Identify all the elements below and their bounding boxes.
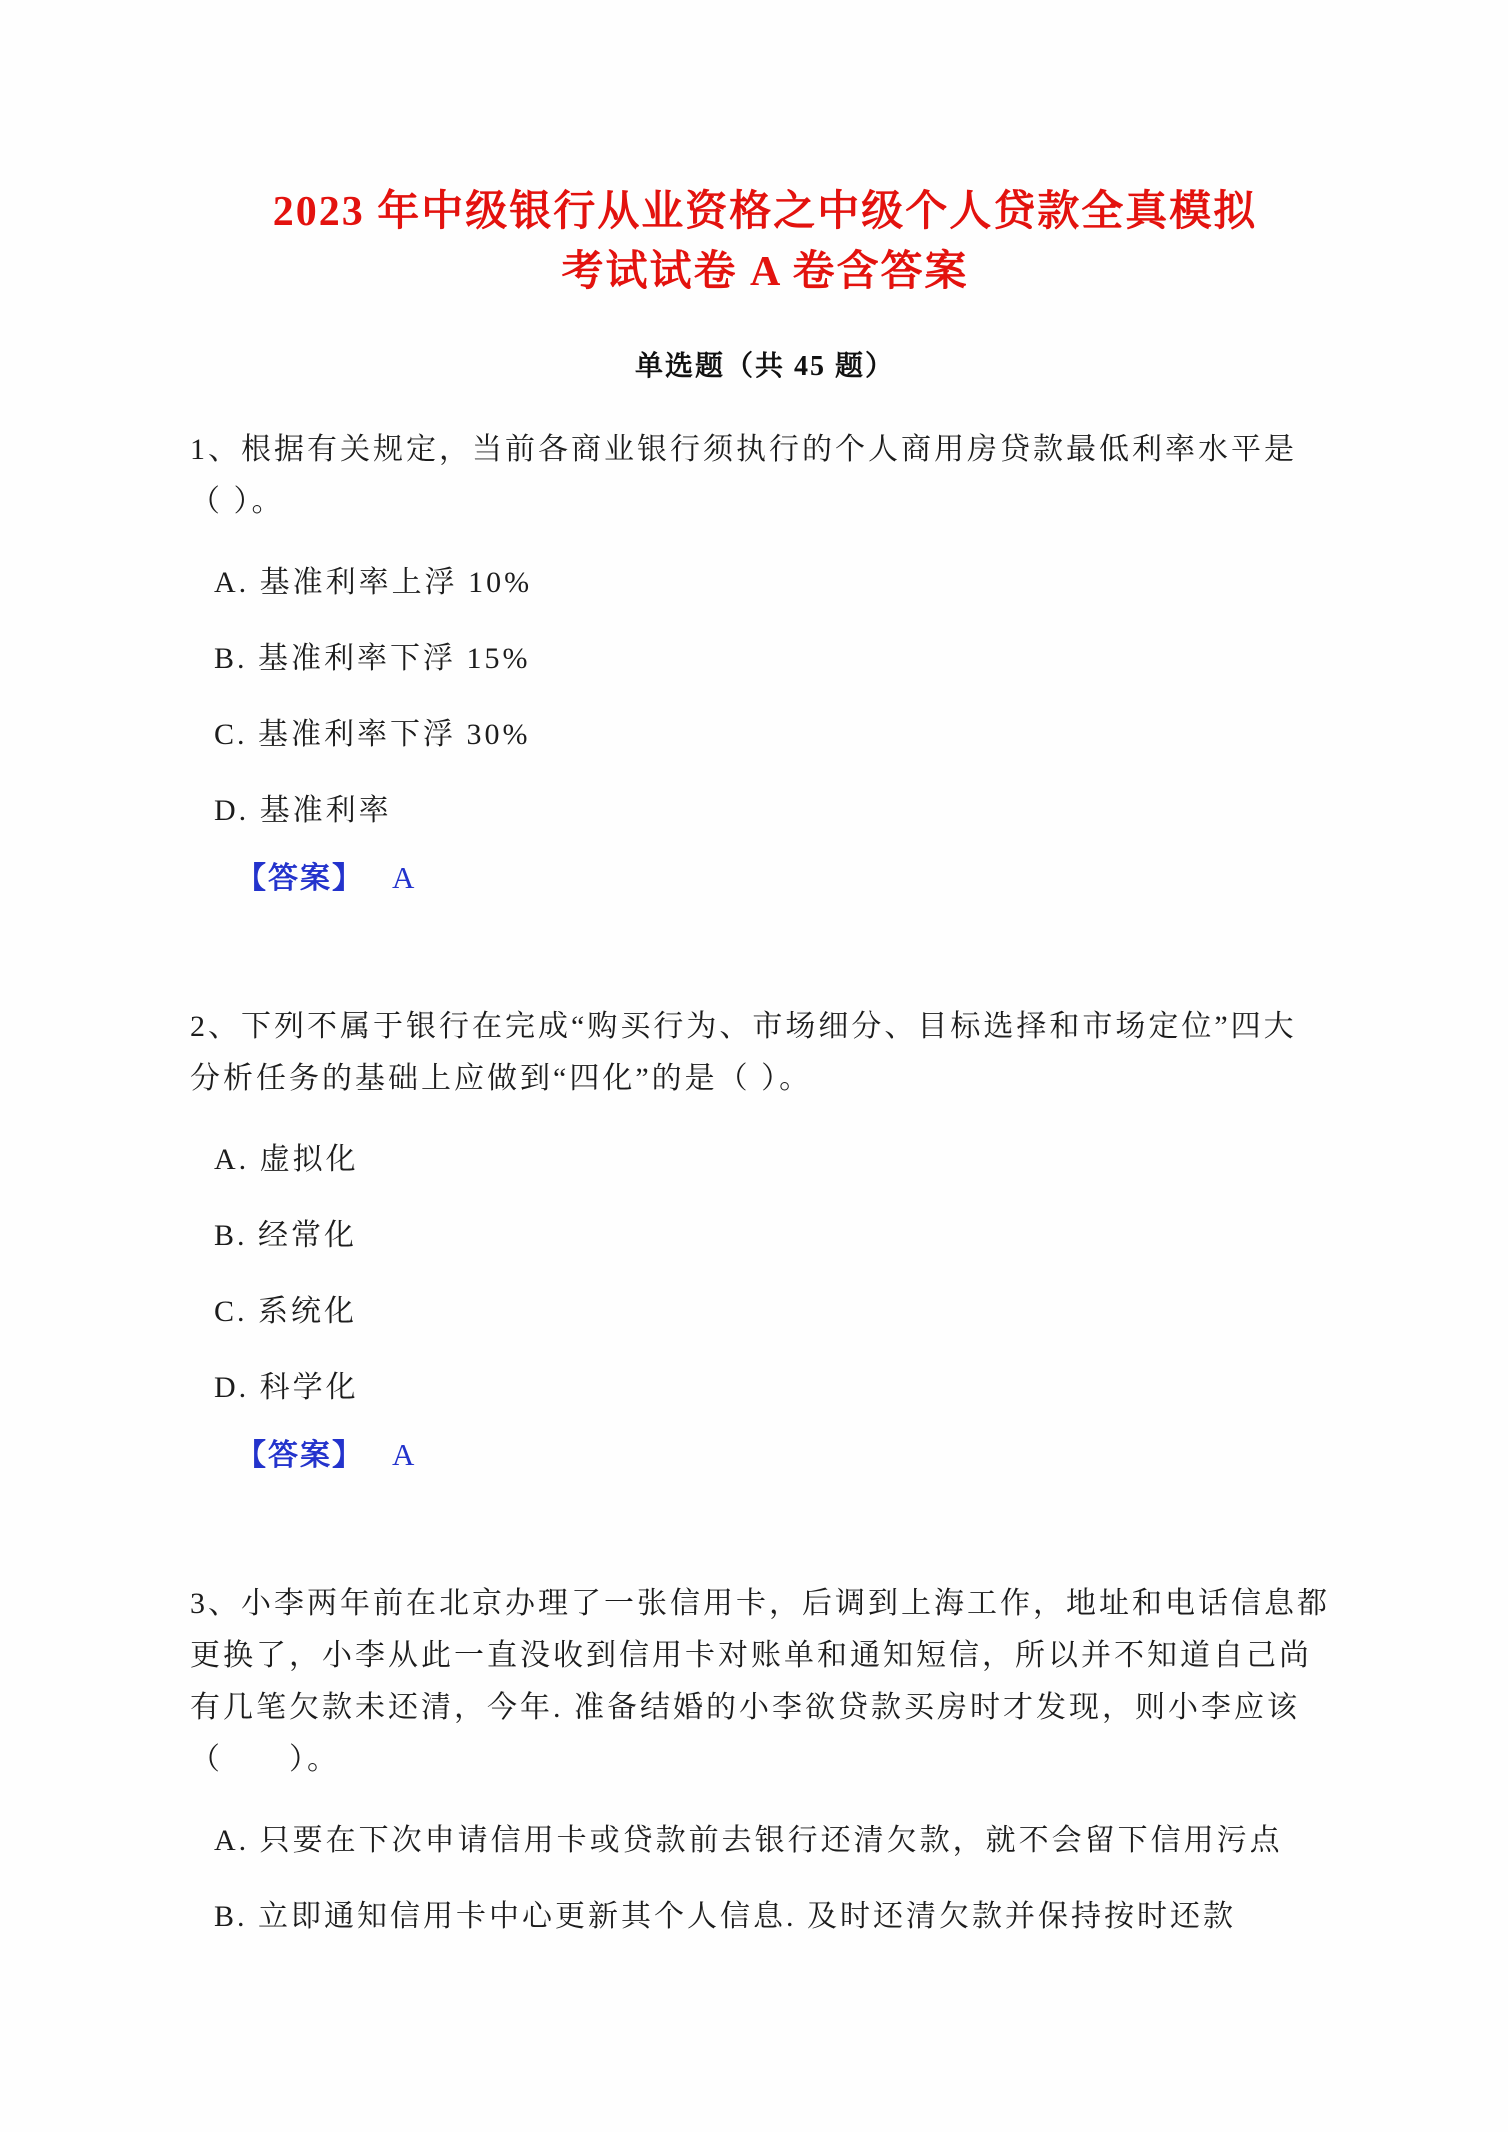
question-3-option-b: B. 立即通知信用卡中心更新其个人信息. 及时还清欠款并保持按时还款: [214, 1896, 1340, 1938]
question-2-option-c: C. 系统化: [214, 1291, 1340, 1333]
answer-value: A: [392, 860, 414, 895]
question-1-option-d: D. 基准利率: [214, 790, 1340, 832]
question-1-stem: 1、根据有关规定，当前各商业银行须执行的个人商用房贷款最低利率水平是 （ ）。: [190, 424, 1340, 528]
answer-value: A: [392, 1437, 414, 1472]
section-header: 单选题（共 45 题）: [190, 344, 1340, 384]
question-2-answer-row: 【答案】A: [236, 1433, 1340, 1478]
question-2: 2、下列不属于银行在完成“购买行为、市场细分、目标选择和市场定位”四大 分析任务…: [190, 1001, 1340, 1478]
question-1-option-c: C. 基准利率下浮 30%: [214, 714, 1340, 756]
answer-label: 【答案】: [236, 1439, 364, 1472]
question-1: 1、根据有关规定，当前各商业银行须执行的个人商用房贷款最低利率水平是 （ ）。 …: [190, 424, 1340, 901]
question-2-option-b: B. 经常化: [214, 1215, 1340, 1257]
question-2-option-d: D. 科学化: [214, 1367, 1340, 1409]
question-1-answer-row: 【答案】A: [236, 856, 1340, 901]
question-3-option-a: A. 只要在下次申请信用卡或贷款前去银行还清欠款，就不会留下信用污点: [214, 1820, 1340, 1862]
question-1-option-a: A. 基准利率上浮 10%: [214, 562, 1340, 604]
document-title: 2023 年中级银行从业资格之中级个人贷款全真模拟 考试试卷 A 卷含答案: [215, 0, 1315, 302]
answer-label: 【答案】: [236, 862, 364, 895]
question-2-option-a: A. 虚拟化: [214, 1139, 1340, 1181]
exam-document-page: 2023 年中级银行从业资格之中级个人贷款全真模拟 考试试卷 A 卷含答案 单选…: [0, 0, 1508, 2132]
question-1-option-b: B. 基准利率下浮 15%: [214, 638, 1340, 680]
question-3: 3、小李两年前在北京办理了一张信用卡，后调到上海工作，地址和电话信息都 更换了，…: [190, 1578, 1340, 1938]
question-3-stem: 3、小李两年前在北京办理了一张信用卡，后调到上海工作，地址和电话信息都 更换了，…: [190, 1578, 1340, 1786]
question-2-stem: 2、下列不属于银行在完成“购买行为、市场细分、目标选择和市场定位”四大 分析任务…: [190, 1001, 1340, 1105]
